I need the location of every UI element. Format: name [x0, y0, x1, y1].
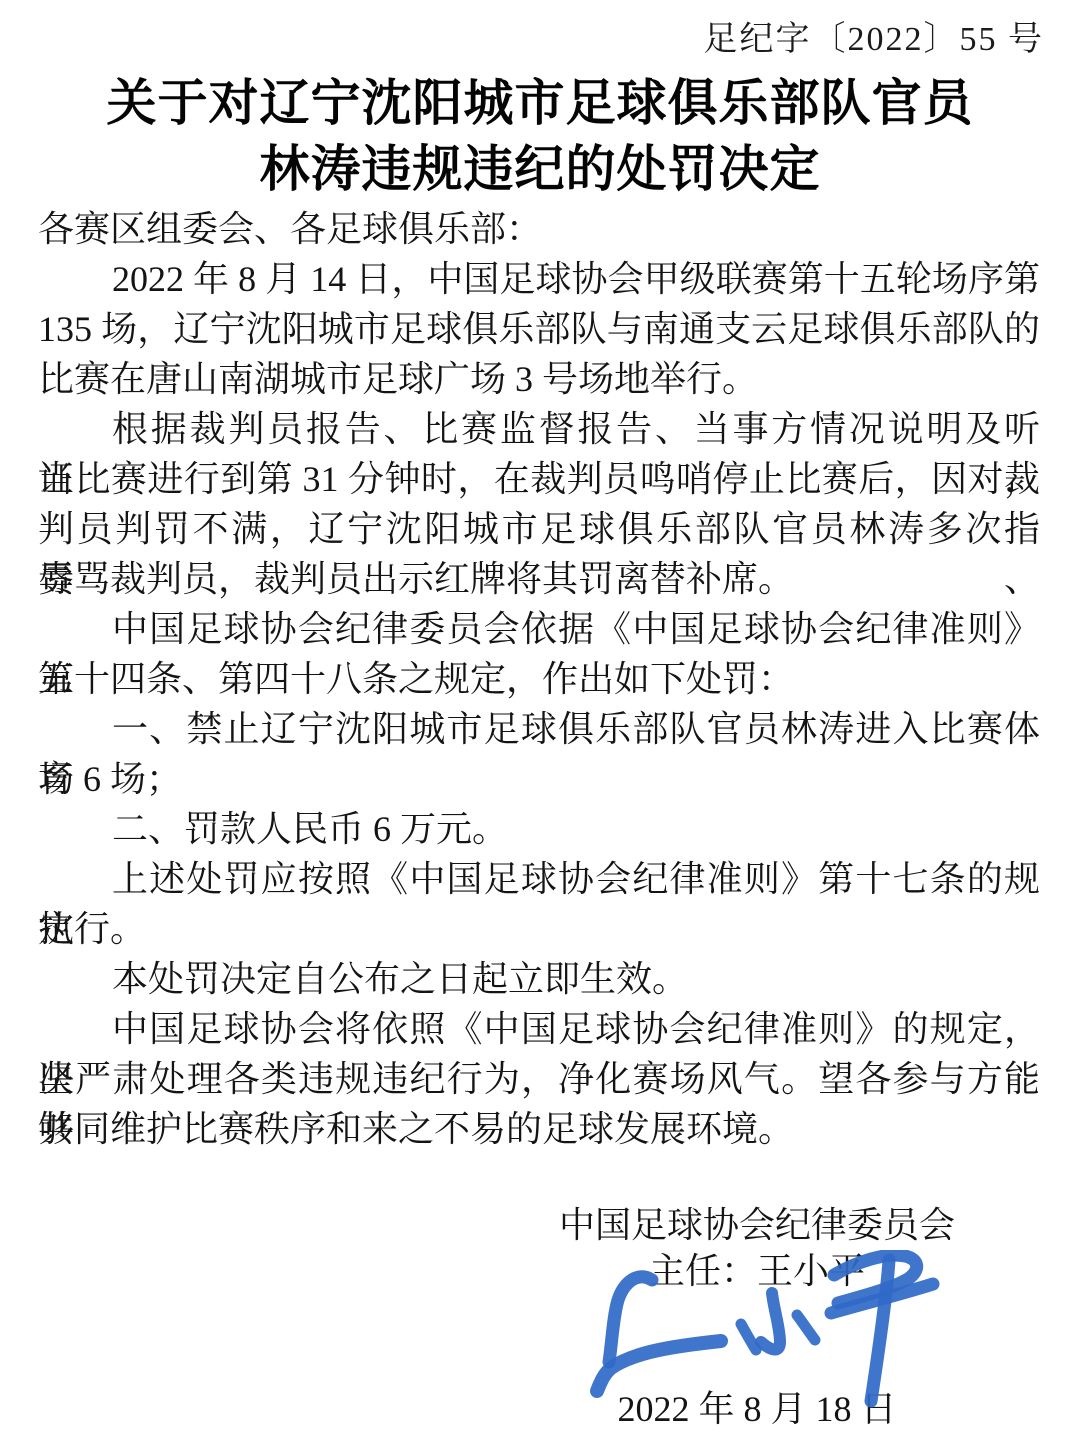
title-line-1: 关于对辽宁沈阳城市足球俱乐部队官员 — [0, 70, 1080, 136]
body-line: 执行。 — [38, 904, 1040, 954]
body-line: 判员判罚不满，辽宁沈阳城市足球俱乐部队官员林涛多次指责、 — [38, 504, 1040, 554]
body-line: 一、禁止辽宁沈阳城市足球俱乐部队官员林涛进入比赛体育 — [38, 704, 1040, 754]
body-line: 2022 年 8 月 14 日，中国足球协会甲级联赛第十五轮场序第 — [38, 254, 1040, 304]
body-line: 本处罚决定自公布之日起立即生效。 — [38, 954, 1040, 1004]
closing-organization: 中国足球协会纪律委员会 — [434, 1202, 1080, 1248]
body-line: 决严肃处理各类违规违纪行为，净化赛场风气。望各参与方能够 — [38, 1054, 1040, 1104]
body-line: 中国足球协会将依照《中国足球协会纪律准则》的规定，坚 — [38, 1004, 1040, 1054]
document-title: 关于对辽宁沈阳城市足球俱乐部队官员 林涛违规违纪的处罚决定 — [0, 70, 1080, 202]
signature-stroke — [871, 1260, 889, 1401]
signature-stroke — [761, 1293, 780, 1350]
body-line: 二、罚款人民币 6 万元。 — [38, 804, 1040, 854]
signature-stroke — [741, 1324, 756, 1350]
signature-stroke — [797, 1315, 815, 1340]
body-line: 共同维护比赛秩序和来之不易的足球发展环境。 — [38, 1104, 1040, 1154]
body-line: 135 场，辽宁沈阳城市足球俱乐部队与南通支云足球俱乐部队的 — [38, 304, 1040, 354]
document-number: 足纪字〔2022〕55 号 — [704, 20, 1045, 60]
body-line: 各赛区组委会、各足球俱乐部： — [38, 204, 1040, 254]
document-page: 足纪字〔2022〕55 号 关于对辽宁沈阳城市足球俱乐部队官员 林涛违规违纪的处… — [0, 0, 1080, 1434]
body-line: 中国足球协会纪律委员会依据《中国足球协会纪律准则》第 — [38, 604, 1040, 654]
body-line: 根据裁判员报告、比赛监督报告、当事方情况说明及听证， — [38, 404, 1040, 454]
body-text: 各赛区组委会、各足球俱乐部：2022 年 8 月 14 日，中国足球协会甲级联赛… — [38, 204, 1040, 1154]
body-line: 上述处罚应按照《中国足球协会纪律准则》第十七条的规定 — [38, 854, 1040, 904]
body-line: 五十四条、第四十八条之规定，作出如下处罚： — [38, 654, 1040, 704]
handwritten-signature — [588, 1250, 948, 1410]
body-line: 比赛在唐山南湖城市足球广场 3 号场地举行。 — [38, 354, 1040, 404]
body-line: 当比赛进行到第 31 分钟时，在裁判员鸣哨停止比赛后，因对裁 — [38, 454, 1040, 504]
body-line: 场 6 场； — [38, 754, 1040, 804]
title-line-2: 林涛违规违纪的处罚决定 — [0, 136, 1080, 202]
